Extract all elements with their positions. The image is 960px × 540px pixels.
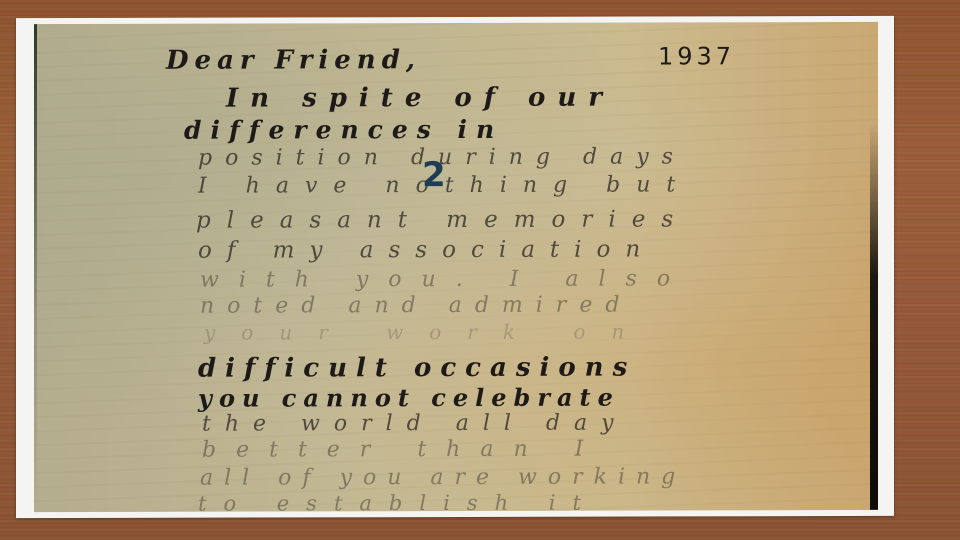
letter-line-1: In spite of our [226,83,614,114]
letter-year: 1937 [658,42,735,70]
paper-edge-shadow [870,122,878,510]
letter-line-7: with you. I also [200,266,690,292]
salutation: Dear Friend, [166,45,421,76]
letter-paper: Dear Friend, 1937 In spite of our differ… [34,22,878,512]
letter-line-2: differences in [184,115,503,145]
letter-line-14: all of you are working [200,464,686,490]
letter-line-8: noted and admired [200,293,632,319]
letter-line-5: pleasant memories [196,206,689,233]
letter-line-11: you cannot celebrate [198,383,620,413]
letter-line-10: difficult occasions [198,353,636,384]
letter-line-6: of my association [198,236,655,263]
letter-line-13: better than I [202,437,603,463]
paper-left-edge [34,24,37,512]
letter-line-9: your work on [204,319,650,344]
photo-print: Dear Friend, 1937 In spite of our differ… [16,16,894,518]
inserted-blue-mark: 2 [422,155,446,195]
letter-line-12: the world all day [202,411,628,437]
letter-line-15: to establish it [198,491,598,512]
